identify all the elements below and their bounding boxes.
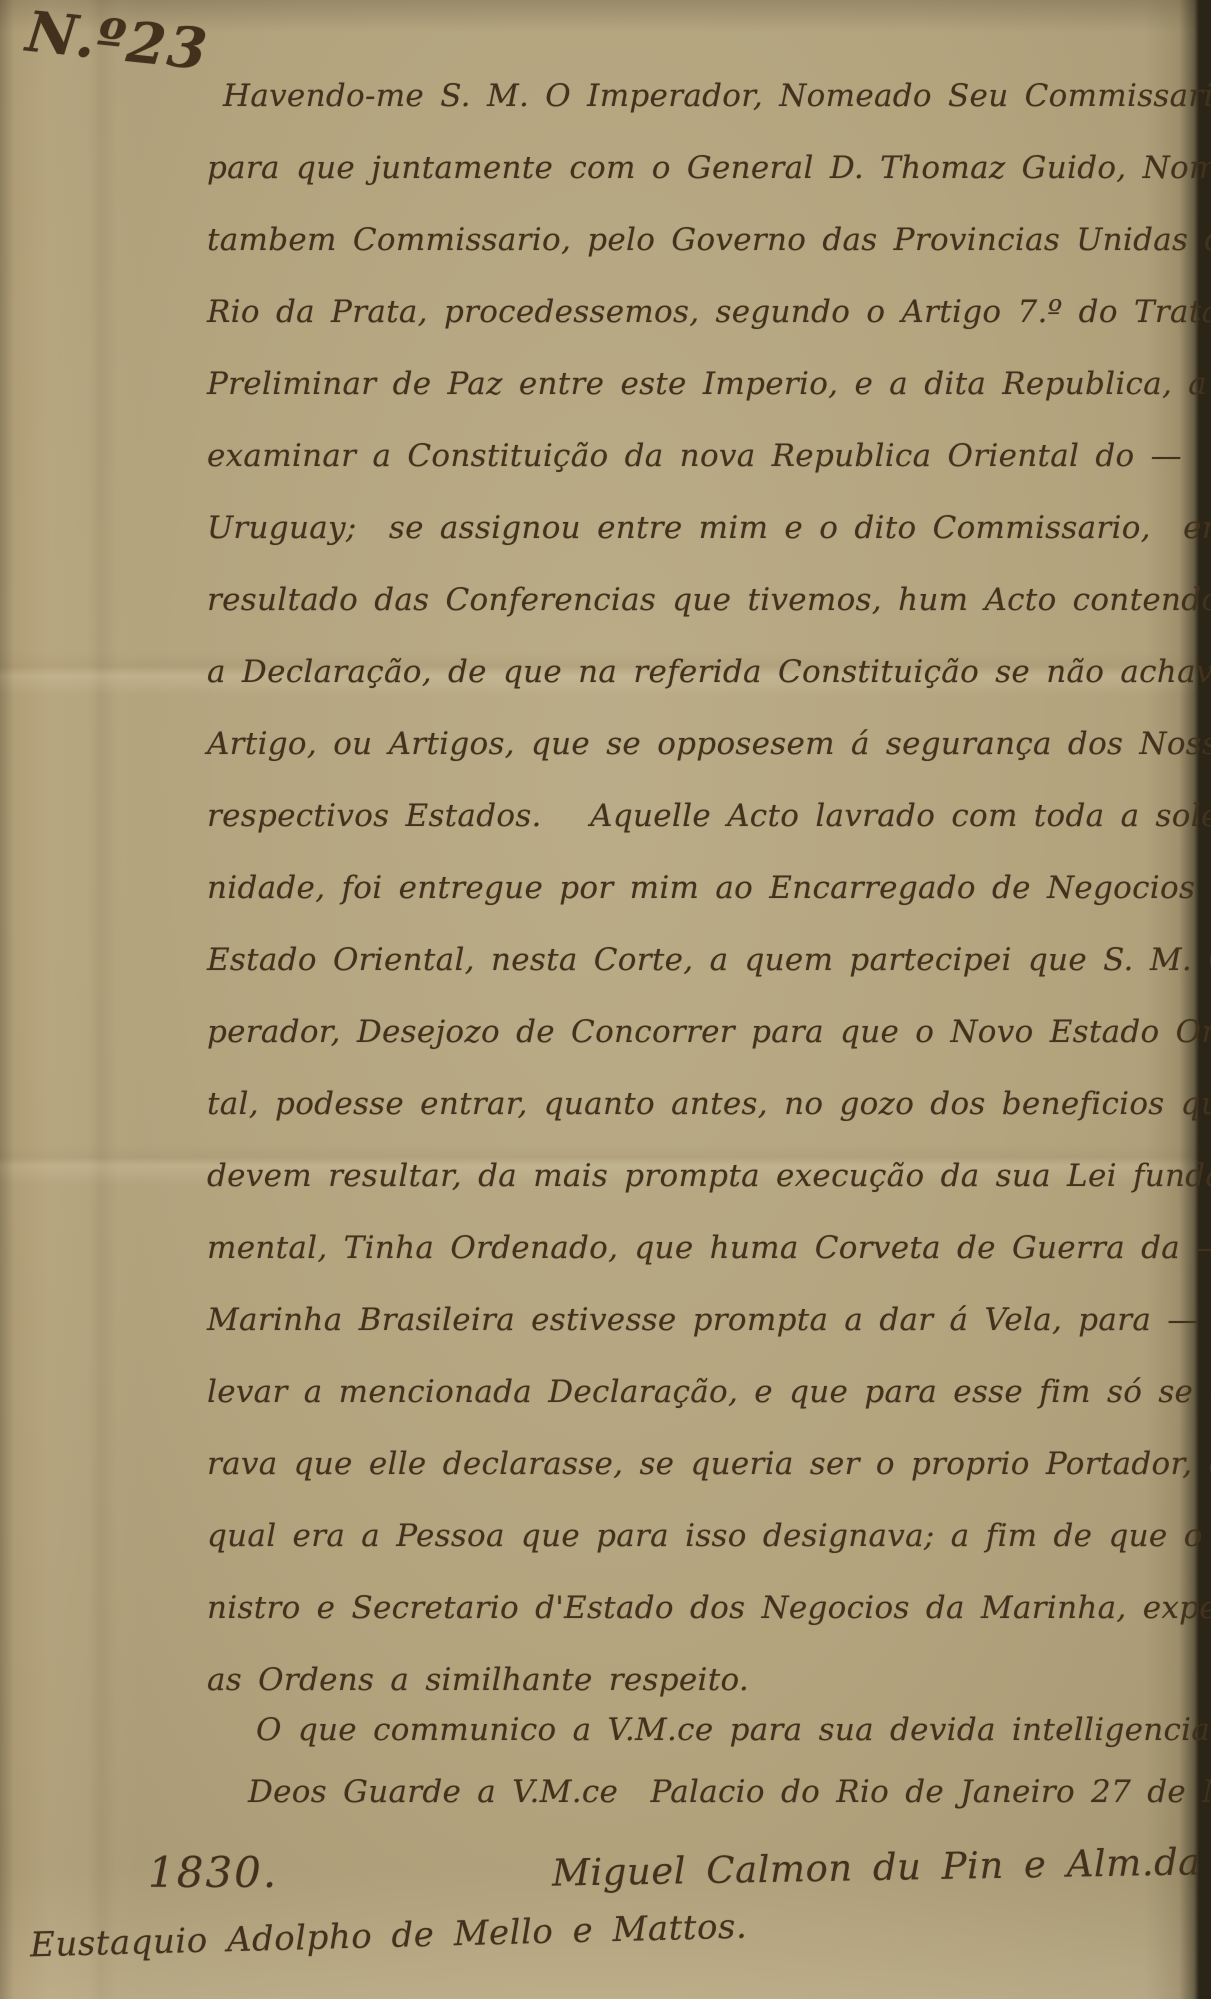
- manuscript-line: rava que elle declarasse, se queria ser …: [207, 1428, 1197, 1500]
- manuscript-line: mental, Tinha Ordenado, que huma Corveta…: [207, 1212, 1197, 1284]
- manuscript-line: Uruguay; se assignou entre mim e o dito …: [207, 492, 1197, 564]
- closing-guarde-line: Deos Guarde a V.M.ce Palacio do Rio de J…: [248, 1774, 1211, 1810]
- manuscript-line: nidade, foi entregue por mim ao Encarreg…: [207, 852, 1197, 924]
- manuscript-line: devem resultar, da mais prompta execução…: [207, 1140, 1197, 1212]
- manuscript-page: N.º23 Havendo-me S. M. O Imperador, Nome…: [0, 0, 1211, 1999]
- manuscript-line: Estado Oriental, nesta Corte, a quem par…: [207, 924, 1197, 996]
- manuscript-line: levar a mencionada Declaração, e que par…: [207, 1356, 1197, 1428]
- closing-communico-line: O que communico a V.M.ce para sua devida…: [256, 1712, 1211, 1748]
- manuscript-line: para que juntamente com o General D. Tho…: [207, 132, 1197, 204]
- manuscript-line: qual era a Pessoa que para isso designav…: [207, 1500, 1197, 1572]
- document-number: N.º23: [23, 0, 212, 83]
- manuscript-line: respectivos Estados. Aquelle Acto lavrad…: [207, 780, 1197, 852]
- manuscript-line: resultado das Conferencias que tivemos, …: [207, 564, 1197, 636]
- date-year: 1830.: [148, 1848, 278, 1897]
- manuscript-line: Preliminar de Paz entre este Imperio, e …: [207, 348, 1197, 420]
- manuscript-line: tal, podesse entrar, quanto antes, no go…: [207, 1068, 1197, 1140]
- manuscript-line: Havendo-me S. M. O Imperador, Nomeado Se…: [207, 60, 1197, 132]
- manuscript-line: Rio da Prata, procedessemos, segundo o A…: [207, 276, 1197, 348]
- manuscript-line: perador, Desejozo de Concorrer para que …: [207, 996, 1197, 1068]
- letter-body: Havendo-me S. M. O Imperador, Nomeado Se…: [207, 60, 1197, 1716]
- signature-eustaquio-mattos: Eustaquio Adolpho de Mello e Mattos.: [30, 1907, 748, 1966]
- signature-miguel-calmon: Miguel Calmon du Pin e Alm.da: [552, 1840, 1201, 1894]
- manuscript-line: a Declaração, de que na referida Constit…: [207, 636, 1197, 708]
- manuscript-line: nistro e Secretario d'Estado dos Negocio…: [207, 1572, 1197, 1644]
- manuscript-line: tambem Commissario, pelo Governo das Pro…: [207, 204, 1197, 276]
- manuscript-line: examinar a Constituição da nova Republic…: [207, 420, 1197, 492]
- manuscript-line: Artigo, ou Artigos, que se opposesem á s…: [207, 708, 1197, 780]
- manuscript-line: as Ordens a similhante respeito.: [207, 1644, 1197, 1716]
- manuscript-line: Marinha Brasileira estivesse prompta a d…: [207, 1284, 1197, 1356]
